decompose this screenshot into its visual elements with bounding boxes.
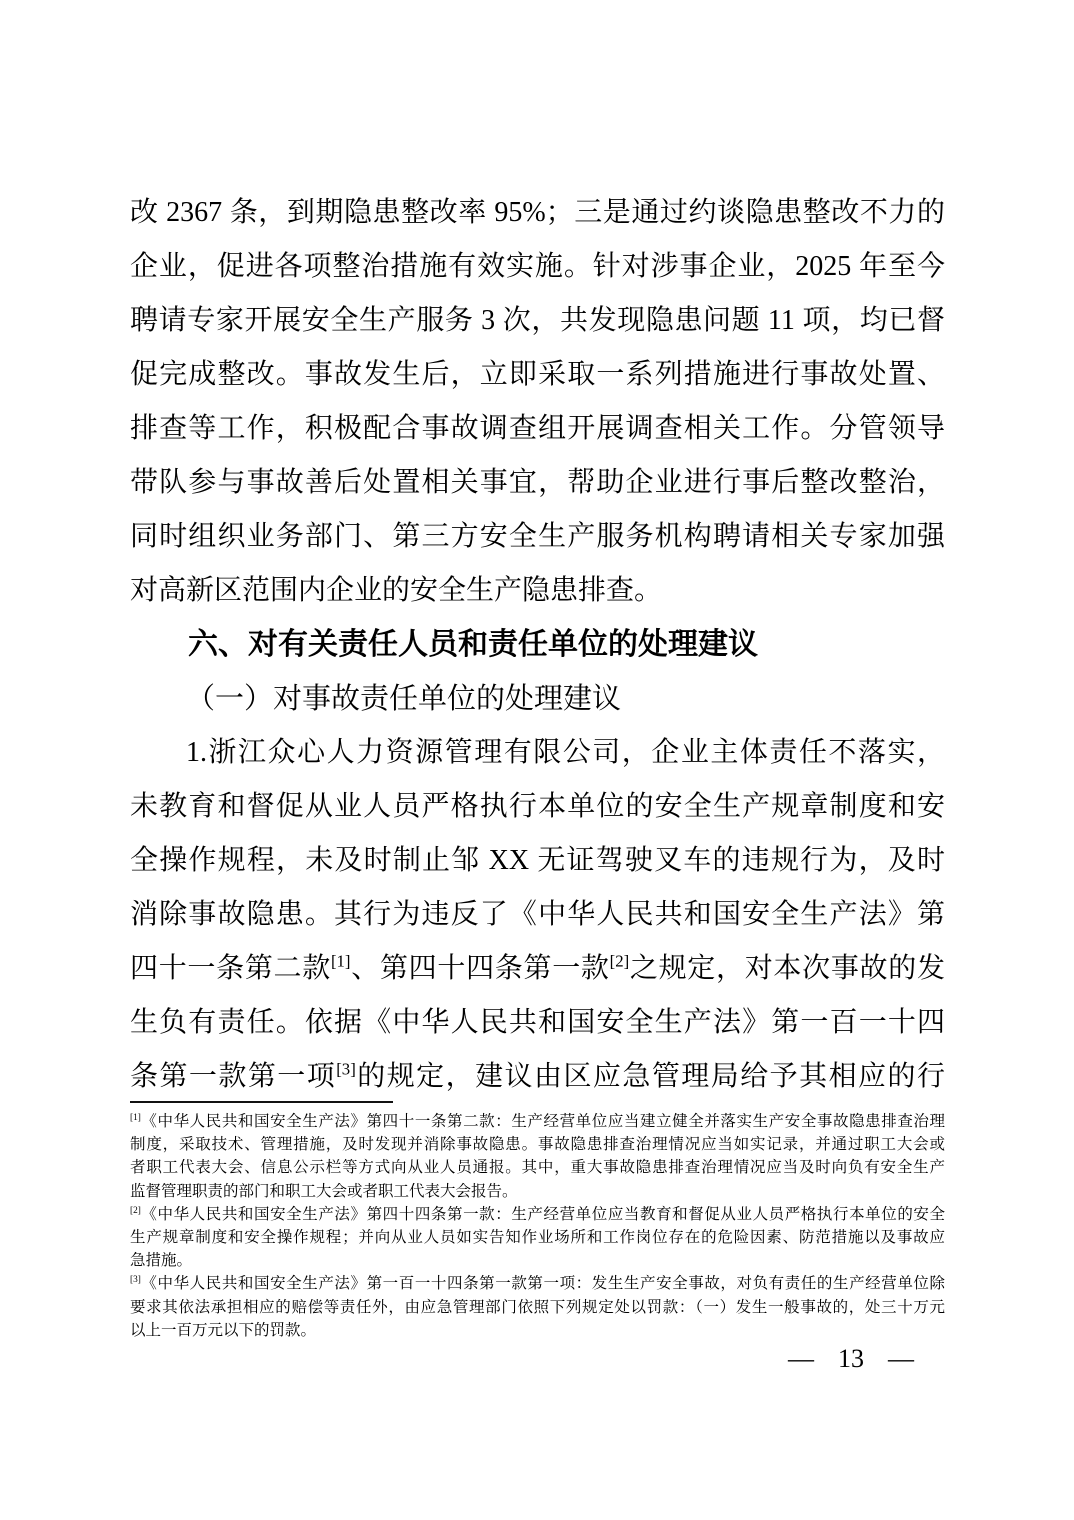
page-number: — 13 — [788,1344,914,1374]
text-line: [2]《中华人民共和国安全生产法》第四十四条第一款：生产经营单位应当教育和督促从… [130,1203,945,1226]
subsection-heading: （一）对事故责任单位的处理建议 [130,672,945,726]
footnote-ref: [3] [130,1275,141,1285]
footnote-2: [2]《中华人民共和国安全生产法》第四十四条第一款：生产经营单位应当教育和督促从… [130,1203,945,1273]
text-line: 改 2367 条，到期隐患整改率 95%；三是通过约谈隐患整改不力的 [130,186,945,240]
text-line: 聘请专家开展安全生产服务 3 次，共发现隐患问题 11 项，均已督 [130,294,945,348]
footnote-1: [1]《中华人民共和国安全生产法》第四十一条第二款：生产经营单位应当建立健全并落… [130,1110,945,1203]
text-line: 企业，促进各项整治措施有效实施。针对涉事企业，2025 年至今 [130,240,945,294]
text-line: 条第一款第一项[3]的规定，建议由区应急管理局给予其相应的行 [130,1050,945,1104]
footnote-ref: [3] [336,1060,356,1079]
text-line: [3]《中华人民共和国安全生产法》第一百一十四条第一款第一项：发生生产安全事故，… [130,1272,945,1295]
paragraph-continuation: 改 2367 条，到期隐患整改率 95%；三是通过约谈隐患整改不力的企业，促进各… [130,186,945,618]
section-heading: 六、对有关责任人员和责任单位的处理建议 [130,618,945,672]
page-body: 改 2367 条，到期隐患整改率 95%；三是通过约谈隐患整改不力的企业，促进各… [130,186,945,1104]
text-line: 促完成整改。事故发生后，立即采取一系列措施进行事故处置、 [130,348,945,402]
page-number-value: 13 [838,1344,864,1374]
text-line: 四十一条第二款[1]、第四十四条第一款[2]之规定，对本次事故的发 [130,942,945,996]
text-line: 同时组织业务部门、第三方安全生产服务机构聘请相关专家加强 [130,510,945,564]
text-line: 未教育和督促从业人员严格执行本单位的安全生产规章制度和安 [130,780,945,834]
text-line: 监督管理职责的部门和职工大会或者职工代表大会报告。 [130,1180,945,1203]
text-line: 1.浙江众心人力资源管理有限公司，企业主体责任不落实， [130,726,945,780]
footnote-separator [130,1101,393,1103]
text-line: 消除事故隐患。其行为违反了《中华人民共和国安全生产法》第 [130,888,945,942]
footnote-ref: [2] [130,1206,141,1216]
text-line: 排查等工作，积极配合事故调查组开展调查相关工作。分管领导 [130,402,945,456]
document-page: 改 2367 条，到期隐患整改率 95%；三是通过约谈隐患整改不力的企业，促进各… [0,0,1074,1520]
footnote-ref: [1] [331,952,351,971]
footnotes-block: [1]《中华人民共和国安全生产法》第四十一条第二款：生产经营单位应当建立健全并落… [130,1110,945,1342]
text-line: 对高新区范围内企业的安全生产隐患排查。 [130,564,945,618]
text-line: 者职工代表大会、信息公示栏等方式向从业人员通报。其中，重大事故隐患排查治理情况应… [130,1156,945,1179]
text-line: 生产规章制度和安全操作规程；并向从业人员如实告知作业场所和工作岗位存在的危险因素… [130,1226,945,1249]
text-line: [1]《中华人民共和国安全生产法》第四十一条第二款：生产经营单位应当建立健全并落… [130,1110,945,1133]
page-number-left-dash: — [788,1344,814,1374]
paragraph-responsibility-unit: 1.浙江众心人力资源管理有限公司，企业主体责任不落实，未教育和督促从业人员严格执… [130,726,945,1104]
text-line: 全操作规程，未及时制止邹 XX 无证驾驶叉车的违规行为，及时 [130,834,945,888]
text-line: 要求其依法承担相应的赔偿等责任外，由应急管理部门依照下列规定处以罚款：（一）发生… [130,1296,945,1319]
text-line: 带队参与事故善后处置相关事宜，帮助企业进行事后整改整治， [130,456,945,510]
text-line: 急措施。 [130,1249,945,1272]
text-line: 制度，采取技术、管理措施，及时发现并消除事故隐患。事故隐患排查治理情况应当如实记… [130,1133,945,1156]
text-line: 以上一百万元以下的罚款。 [130,1319,945,1342]
page-number-right-dash: — [888,1344,914,1374]
text-line: 生负有责任。依据《中华人民共和国安全生产法》第一百一十四 [130,996,945,1050]
footnote-ref: [1] [130,1113,141,1123]
footnote-3: [3]《中华人民共和国安全生产法》第一百一十四条第一款第一项：发生生产安全事故，… [130,1272,945,1342]
footnote-ref: [2] [610,952,630,971]
